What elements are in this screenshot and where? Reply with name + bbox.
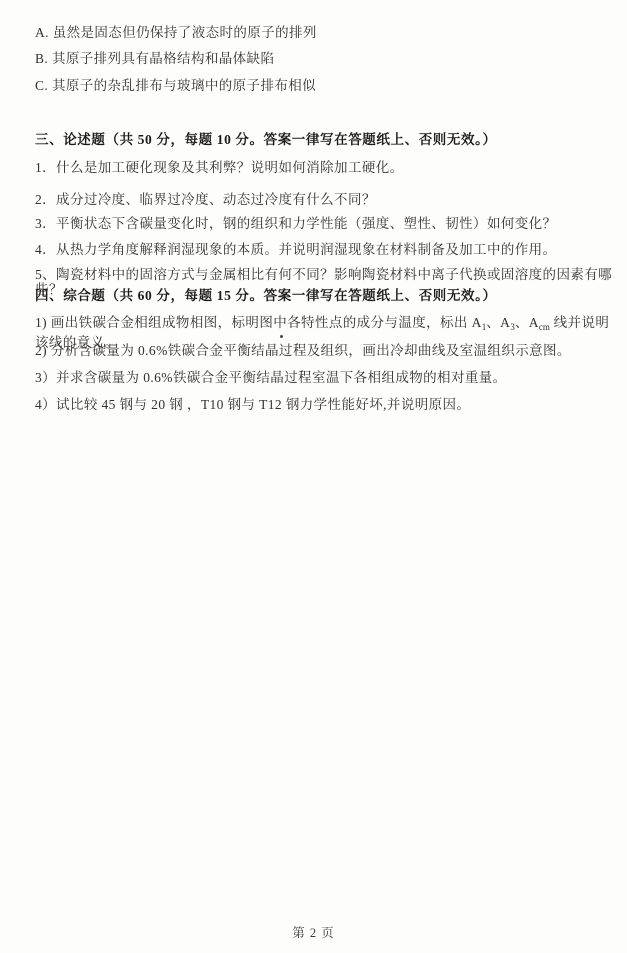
essay-question-4: 4．从热力学角度解释润湿现象的本质。并说明润湿现象在材料制备及加工中的作用。 bbox=[35, 242, 619, 257]
essay-question-2: 2．成分过冷度、临界过冷度、动态过冷度有什么不同？ bbox=[35, 192, 619, 207]
q1-text-mid1: 、A bbox=[486, 315, 510, 330]
option-a: A. 虽然是固态但仍保持了液态时的原子的排列 bbox=[35, 25, 619, 40]
scan-artifact-dot bbox=[280, 335, 283, 338]
essay-question-3: 3．平衡状态下含碳量变化时，钢的组织和力学性能（强度、塑性、韧性）如何变化？ bbox=[35, 216, 619, 231]
comprehensive-question-4: 4）试比较 45 钢与 20 钢 ，T10 钢与 T12 钢力学性能好坏,并说明… bbox=[35, 397, 619, 412]
q1-text-mid2: 、A bbox=[515, 315, 539, 330]
q1-subscript-cm: cm bbox=[539, 322, 550, 332]
section-comprehensive-heading: 四、综合题（共 60 分，每题 15 分。答案一律写在答题纸上、否则无效。） bbox=[35, 288, 619, 303]
comprehensive-question-2: 2) 分析含碳量为 0.6%铁碳合金平衡结晶过程及组织，画出冷却曲线及室温组织示… bbox=[35, 343, 619, 358]
option-c: C. 其原子的杂乱排布与玻璃中的原子排布相似 bbox=[35, 78, 619, 93]
essay-question-1: 1．什么是加工硬化现象及其利弊？说明如何消除加工硬化。 bbox=[35, 160, 619, 175]
q1-text-pre: 1) 画出铁碳合金相组成物相图，标明图中各特性点的成分与温度，标出 A bbox=[35, 315, 482, 330]
comprehensive-question-3: 3）并求含碳量为 0.6%铁碳合金平衡结晶过程室温下各相组成物的相对重量。 bbox=[35, 370, 619, 385]
section-essay-heading: 三、论述题（共 50 分，每题 10 分。答案一律写在答题纸上、否则无效。） bbox=[35, 132, 619, 147]
option-b: B. 其原子排列具有晶格结构和晶体缺陷 bbox=[35, 51, 619, 66]
exam-paper-page: A. 虽然是固态但仍保持了液态时的原子的排列 B. 其原子排列具有晶格结构和晶体… bbox=[0, 0, 627, 953]
page-number: 第 2 页 bbox=[0, 923, 627, 941]
